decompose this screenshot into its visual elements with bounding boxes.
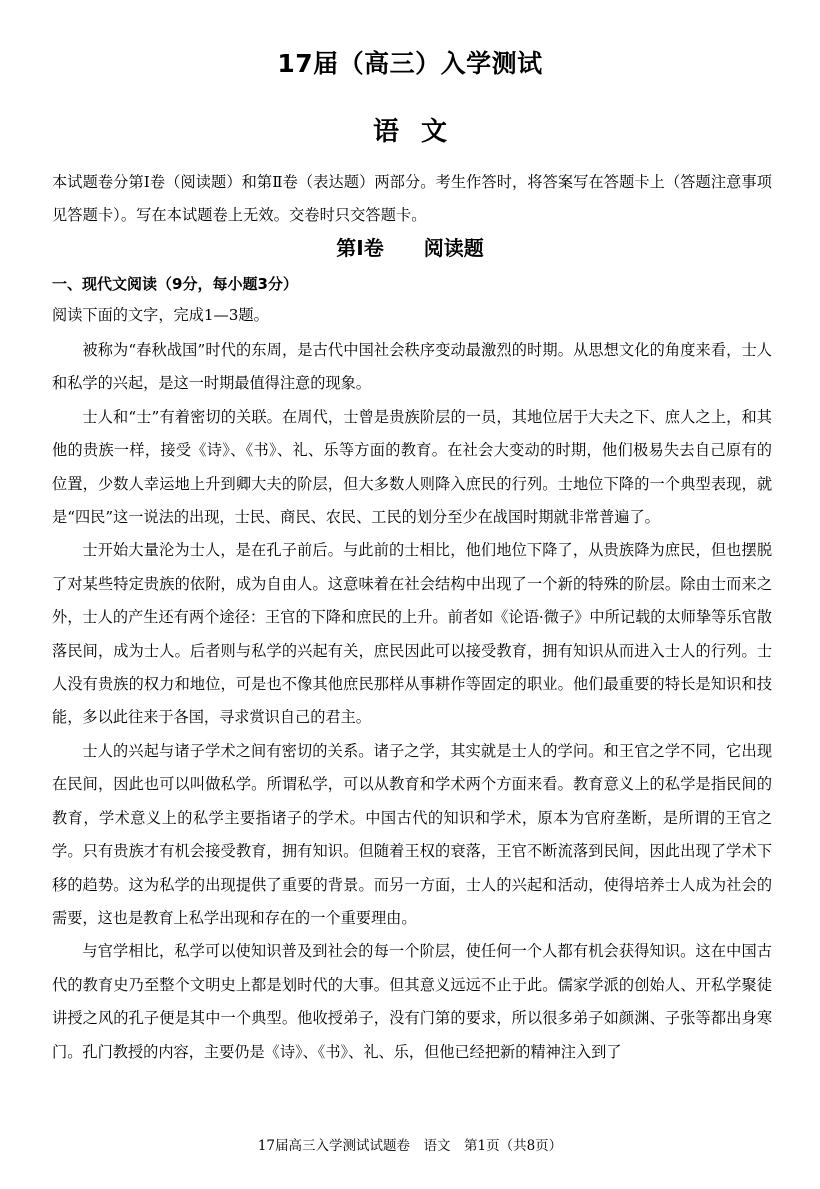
reading-passage: 被称为“春秋战国”时代的东周，是古代中国社会秩序变动最激烈的时期。从思想文化的角…: [52, 334, 772, 1069]
passage-paragraph: 士开始大量沦为士人，是在孔子前后。与此前的士相比，他们地位下降了，从贵族降为庶民…: [52, 534, 772, 734]
exam-page: 17届（高三）入学测试 语文 本试题卷分第Ⅰ卷（阅读题）和第Ⅱ卷（表达题）两部分…: [0, 0, 820, 1189]
passage-paragraph: 士人和“士”有着密切的关联。在周代，士曾是贵族阶层的一员，其地位居于大夫之下、庶…: [52, 401, 772, 535]
passage-paragraph: 士人的兴起与诸子学术之间有密切的关系。诸子之学，其实就是士人的学问。和王官之学不…: [52, 735, 772, 935]
passage-paragraph: 与官学相比，私学可以使知识普及到社会的每一个阶层，使任何一个人都有机会获得知识。…: [52, 935, 772, 1069]
passage-paragraph: 被称为“春秋战国”时代的东周，是古代中国社会秩序变动最激烈的时期。从思想文化的角…: [52, 334, 772, 401]
reading-instruction: 阅读下面的文字，完成1—3题。: [52, 301, 269, 329]
question-group-heading: 一、现代文阅读（9分，每小题3分）: [52, 270, 298, 298]
section-label: 第Ⅰ卷: [336, 236, 383, 260]
section-name: 阅读题: [424, 236, 484, 260]
subject-title: 语文: [0, 114, 820, 150]
exam-title: 17届（高三）入学测试: [0, 46, 820, 82]
exam-instructions: 本试题卷分第Ⅰ卷（阅读题）和第Ⅱ卷（表达题）两部分。考生作答时，将答案写在答题卡…: [52, 166, 772, 233]
page-footer: 17届高三入学测试试题卷 语文 第1页（共8页）: [0, 1136, 820, 1156]
section-heading: 第Ⅰ卷阅读题: [0, 232, 820, 264]
